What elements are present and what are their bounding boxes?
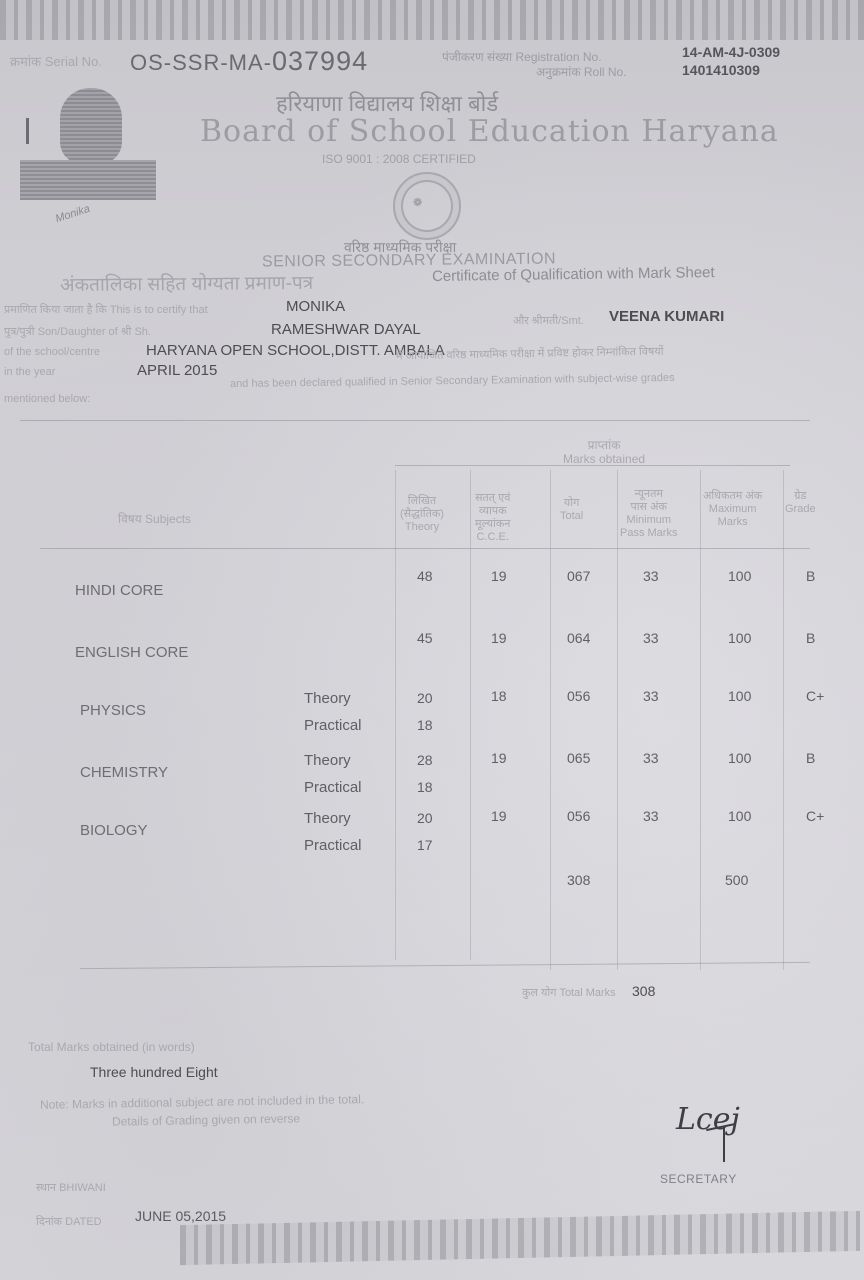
roll-number: 1401410309: [682, 62, 760, 78]
max-marks: 100: [728, 568, 751, 584]
candidate-name: MONIKA: [286, 298, 345, 315]
col-header-line: Marks: [703, 516, 762, 529]
col-header-line: (सैद्धांतिक): [400, 508, 444, 521]
theory-marks: 20: [417, 810, 433, 826]
grand-total-value: 308: [632, 983, 655, 999]
grade: B: [806, 630, 815, 646]
mother-name: VEENA KUMARI: [609, 308, 724, 325]
mother-label: और श्रीमती/Smt.: [513, 313, 584, 328]
col-divider: [550, 470, 551, 970]
min-pass-marks: 33: [643, 688, 659, 704]
total-marks: 065: [567, 750, 590, 766]
secretary-signature: Lcej: [676, 1102, 740, 1137]
col-header-line: न्यूनतम: [620, 488, 677, 501]
col-header-line: योग: [560, 497, 583, 510]
subject-name: ENGLISH CORE: [75, 644, 188, 661]
marks-obtained-hindi: प्राप्तांक: [563, 438, 645, 452]
subject-name: HINDI CORE: [75, 582, 163, 599]
certificate-title-english: Certificate of Qualification with Mark S…: [432, 264, 715, 285]
subject-name: CHEMISTRY: [80, 764, 168, 781]
secretary-label: SECRETARY: [660, 1172, 737, 1186]
total-marks: 064: [567, 630, 590, 646]
col-header-cce: सतत् एवंव्यापकमूल्यांकनC.C.E.: [475, 492, 510, 544]
registration-number: 14-AM-4J-0309: [682, 44, 780, 60]
col-header-line: Minimum: [620, 514, 677, 527]
col-header-line: सतत् एवं: [475, 492, 510, 505]
subject-name: BIOLOGY: [80, 822, 148, 839]
marks-obtained-english: Marks obtained: [563, 452, 645, 466]
col-divider: [700, 470, 701, 970]
sum-max: 500: [725, 872, 748, 888]
component-label: Practical: [304, 837, 362, 854]
min-pass-marks: 33: [643, 630, 659, 646]
signature-stroke: [723, 1128, 725, 1162]
col-header-line: C.C.E.: [475, 531, 510, 544]
col-header-line: Maximum: [703, 503, 762, 516]
max-marks: 100: [728, 808, 751, 824]
cce-marks: 19: [491, 808, 507, 824]
year-label: in the year: [4, 366, 55, 378]
board-name-english: Board of School Education Haryana: [200, 114, 779, 149]
father-label: पुत्र/पुत्री Son/Daughter of श्री Sh.: [4, 324, 151, 339]
min-pass-marks: 33: [643, 808, 659, 824]
total-marks: 056: [567, 808, 590, 824]
min-pass-marks: 33: [643, 568, 659, 584]
theory-marks: 28: [417, 752, 433, 768]
theory-marks: 17: [417, 837, 433, 853]
col-header-line: Grade: [785, 503, 816, 516]
col-header-line: लिखित: [400, 495, 444, 508]
col-header-theory: लिखित(सैद्धांतिक)Theory: [400, 495, 444, 534]
col-header-line: मूल्यांकन: [475, 518, 510, 531]
grade: B: [806, 750, 815, 766]
cce-marks: 19: [491, 568, 507, 584]
total-marks: 056: [567, 688, 590, 704]
marks-obtained-header: प्राप्तांक Marks obtained: [563, 438, 645, 466]
grade: B: [806, 568, 815, 584]
date-label: दिनांक DATED: [36, 1214, 102, 1229]
col-divider: [395, 470, 396, 960]
school-label: of the school/centre: [4, 346, 100, 358]
max-marks: 100: [728, 750, 751, 766]
statement-end: mentioned below:: [4, 393, 90, 405]
seal-center: ❁: [413, 196, 422, 209]
subject-name: PHYSICS: [80, 702, 146, 719]
max-marks: 100: [728, 688, 751, 704]
statement-english: and has been declared qualified in Senio…: [230, 372, 675, 390]
component-label: Practical: [304, 717, 362, 734]
col-header-line: ग्रेड: [785, 490, 816, 503]
security-border-top: [0, 0, 864, 40]
theory-marks: 20: [417, 690, 433, 706]
col-divider: [617, 470, 618, 970]
student-photo-icon: [18, 88, 158, 200]
serial-label: क्रमांक Serial No.: [10, 52, 102, 70]
issue-date: JUNE 05,2015: [135, 1208, 226, 1224]
certificate-title-hindi: अंकतालिका सहित योग्यता प्रमाण-पत्र: [60, 269, 313, 297]
cce-marks: 19: [491, 750, 507, 766]
component-label: Theory: [304, 752, 351, 769]
col-header-total: योगTotal: [560, 497, 583, 523]
component-label: Theory: [304, 810, 351, 827]
serial-prefix: OS-SSR-MA-: [130, 50, 272, 75]
note-line-1: Note: Marks in additional subject are no…: [40, 1092, 364, 1112]
security-border-bottom: [180, 1211, 860, 1265]
col-header-line: पास अंक: [620, 501, 677, 514]
exam-session: APRIL 2015: [137, 362, 217, 379]
place-label: स्थान BHIWANI: [36, 1180, 106, 1195]
col-header-line: Pass Marks: [620, 527, 677, 540]
theory-marks: 45: [417, 630, 433, 646]
component-label: Practical: [304, 779, 362, 796]
total-in-words-label: Total Marks obtained (in words): [28, 1040, 195, 1054]
iso-certification: ISO 9001 : 2008 CERTIFIED: [322, 152, 476, 166]
cce-marks: 19: [491, 630, 507, 646]
col-header-min-pass: न्यूनतमपास अंकMinimumPass Marks: [620, 488, 677, 540]
grade: C+: [806, 808, 824, 824]
col-header-line: Total: [560, 510, 583, 523]
serial-number: OS-SSR-MA-037994: [130, 46, 368, 77]
note-line-2: Details of Grading given on reverse: [112, 1111, 300, 1128]
student-signature: Monika: [54, 203, 91, 225]
col-divider: [783, 470, 784, 970]
grand-total-label: कुल योग Total Marks: [522, 985, 616, 1000]
min-pass-marks: 33: [643, 750, 659, 766]
total-in-words-value: Three hundred Eight: [90, 1064, 218, 1080]
mark-sheet-document: क्रमांक Serial No. OS-SSR-MA-037994 पंजी…: [0, 0, 864, 1280]
col-header-max-marks: अधिकतम अंकMaximumMarks: [703, 490, 762, 529]
col-header-line: अधिकतम अंक: [703, 490, 762, 503]
theory-marks: 48: [417, 568, 433, 584]
total-marks: 067: [567, 568, 590, 584]
theory-marks: 18: [417, 717, 433, 733]
cce-marks: 18: [491, 688, 507, 704]
certify-label: प्रमाणित किया जाता है कि This is to cert…: [4, 302, 208, 317]
max-marks: 100: [728, 630, 751, 646]
col-divider: [470, 470, 471, 960]
photo-head: [60, 88, 122, 164]
theory-marks: 18: [417, 779, 433, 795]
header-bottom-line: [40, 548, 810, 549]
table-top-line: [20, 420, 810, 421]
father-name: RAMESHWAR DAYAL: [271, 321, 421, 338]
roll-label: अनुक्रमांक Roll No.: [536, 63, 627, 80]
marks-header-line: [395, 465, 790, 466]
col-header-line: व्यापक: [475, 505, 510, 518]
photo-body: [20, 160, 156, 200]
col-header-grade: ग्रेडGrade: [785, 490, 816, 516]
col-header-line: Theory: [400, 521, 444, 534]
board-seal-icon: ❁: [393, 172, 461, 240]
component-label: Theory: [304, 690, 351, 707]
grade: C+: [806, 688, 824, 704]
subject-column-header: विषय Subjects: [118, 510, 191, 527]
sum-total: 308: [567, 872, 590, 888]
serial-digits: 037994: [272, 46, 368, 76]
